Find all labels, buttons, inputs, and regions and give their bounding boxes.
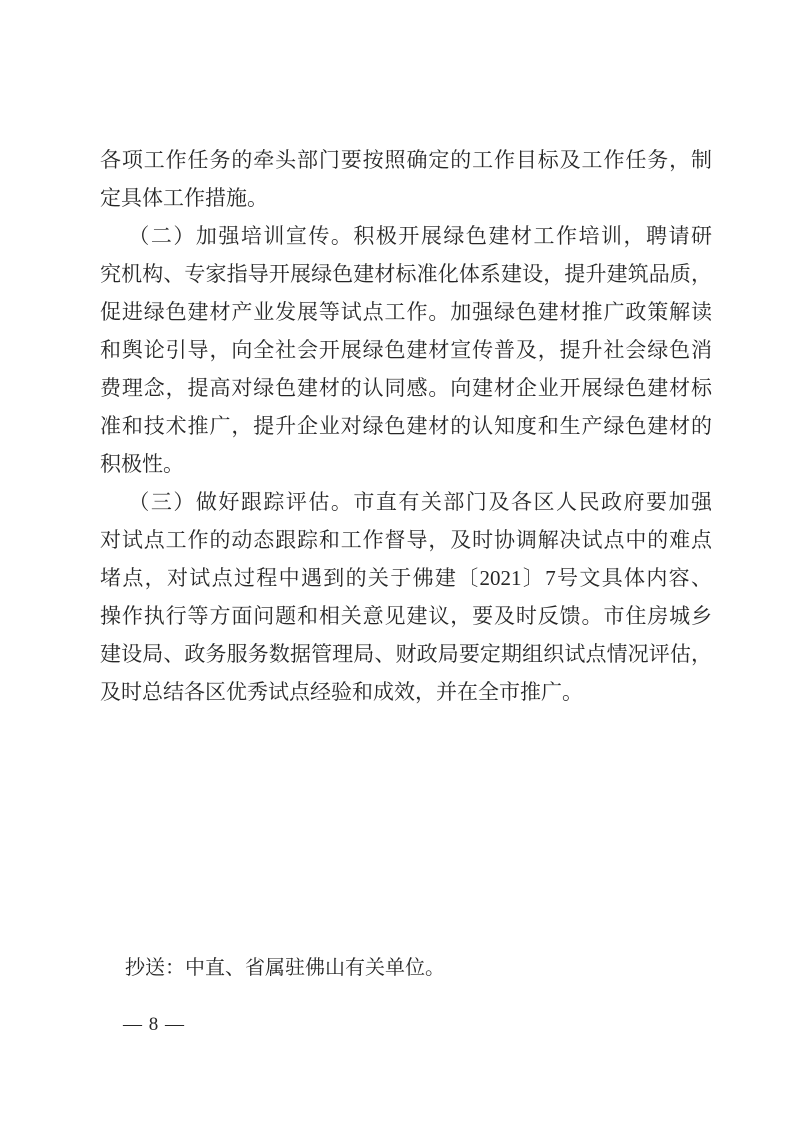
text-line: 定具体工作措施。 (100, 179, 712, 217)
text-line: 究机构、专家指导开展绿色建材标准化体系建设，提升建筑品质， (100, 255, 712, 293)
paragraph: （二）加强培训宣传。积极开展绿色建材工作培训，聘请研究机构、专家指导开展绿色建材… (100, 217, 712, 483)
text-line: 促进绿色建材产业发展等试点工作。加强绿色建材推广政策解读 (100, 293, 712, 331)
paragraph: （三）做好跟踪评估。市直有关部门及各区人民政府要加强对试点工作的动态跟踪和工作督… (100, 483, 712, 711)
text-line: 堵点，对试点过程中遇到的关于佛建〔2021〕7号文具体内容、 (100, 559, 712, 597)
document-page: 各项工作任务的牵头部门要按照确定的工作目标及工作任务，制定具体工作措施。（二）加… (0, 0, 800, 1132)
text-line: 和舆论引导，向全社会开展绿色建材宣传普及，提升社会绿色消 (100, 331, 712, 369)
page-number: — 8 — (123, 1011, 185, 1039)
text-line: 准和技术推广，提升企业对绿色建材的认知度和生产绿色建材的 (100, 407, 712, 445)
text-line: 各项工作任务的牵头部门要按照确定的工作目标及工作任务，制 (100, 141, 712, 179)
cc-note: 抄送：中直、省属驻佛山有关单位。 (125, 953, 445, 983)
text-line: 及时总结各区优秀试点经验和成效，并在全市推广。 (100, 673, 712, 711)
text-line: 积极性。 (100, 445, 712, 483)
text-line: （二）加强培训宣传。积极开展绿色建材工作培训，聘请研 (100, 217, 712, 255)
text-line: （三）做好跟踪评估。市直有关部门及各区人民政府要加强 (100, 483, 712, 521)
text-line: 对试点工作的动态跟踪和工作督导，及时协调解决试点中的难点 (100, 521, 712, 559)
text-line: 费理念，提高对绿色建材的认同感。向建材企业开展绿色建材标 (100, 369, 712, 407)
text-line: 操作执行等方面问题和相关意见建议，要及时反馈。市住房城乡 (100, 597, 712, 635)
document-body: 各项工作任务的牵头部门要按照确定的工作目标及工作任务，制定具体工作措施。（二）加… (100, 141, 712, 711)
text-line: 建设局、政务服务数据管理局、财政局要定期组织试点情况评估， (100, 635, 712, 673)
paragraph: 各项工作任务的牵头部门要按照确定的工作目标及工作任务，制定具体工作措施。 (100, 141, 712, 217)
